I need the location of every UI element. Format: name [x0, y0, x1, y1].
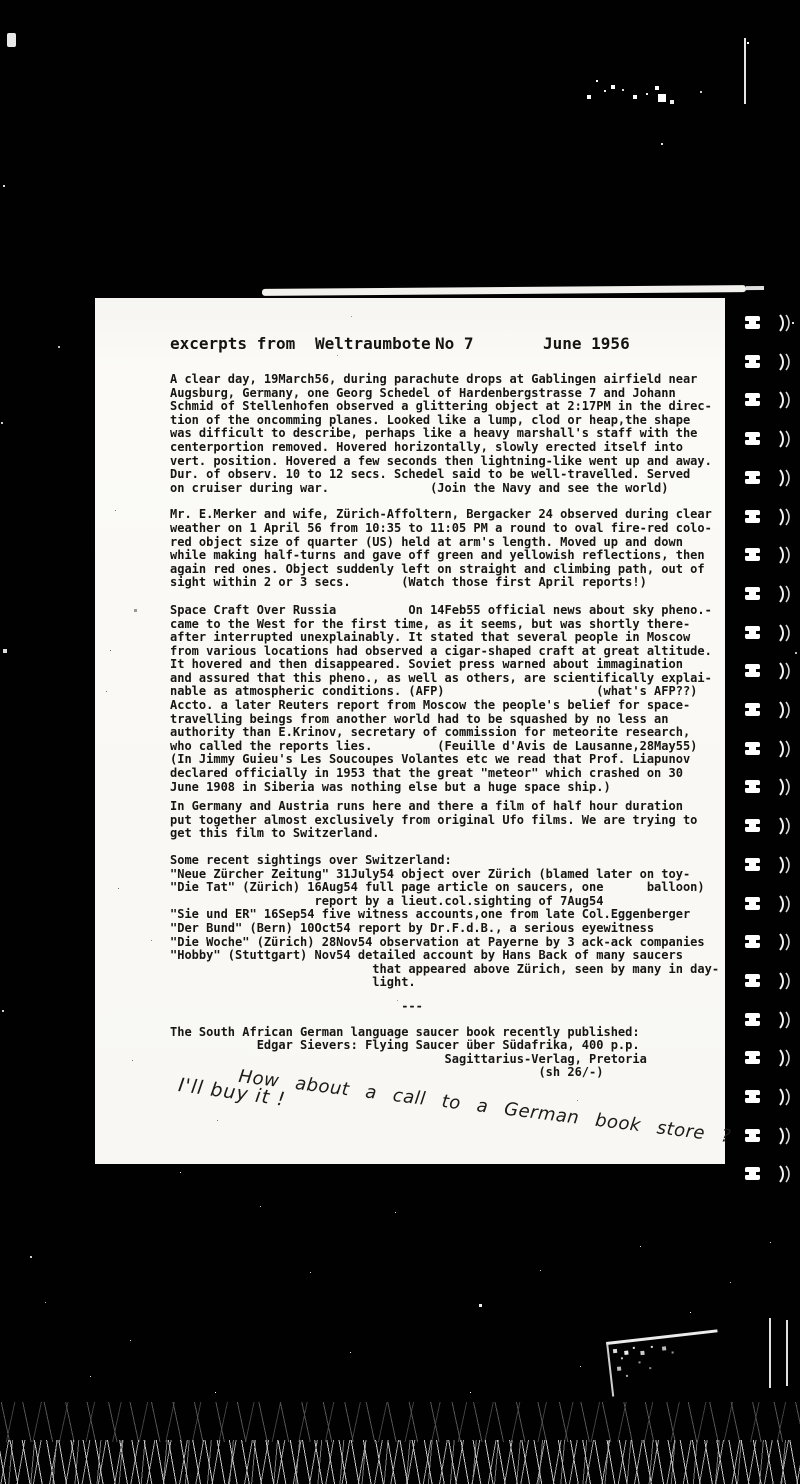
binding-wire-mark: [777, 932, 791, 952]
binding-wire-mark: [777, 661, 791, 681]
binding-hole: [745, 471, 760, 484]
paragraph-ufo-film: In Germany and Austria runs here and the…: [170, 800, 715, 841]
binding-hole: [745, 393, 760, 406]
binding-wire-mark: [777, 390, 791, 410]
binding-hole: [745, 974, 760, 987]
binding-hole: [745, 742, 760, 755]
paragraph-swiss-sightings: Some recent sightings over Switzerland: …: [170, 854, 715, 990]
bottom-scan-artifact: [606, 1329, 724, 1396]
binding-hole: [745, 1013, 760, 1026]
typed-separator: ---: [170, 1000, 715, 1014]
binding-wire-mark: [777, 468, 791, 488]
artifact-speckle: [611, 1346, 613, 1348]
binding-wire-mark: [777, 545, 791, 565]
binding-wire-mark: [777, 816, 791, 836]
paragraph-space-craft-over-russia: Space Craft Over Russia On 14Feb55 offic…: [170, 604, 715, 794]
binding-hole: [745, 1167, 760, 1180]
binding-wire-mark: [777, 971, 791, 991]
paper-noise: [95, 298, 96, 299]
binding-hole: [745, 355, 760, 368]
paragraph-gablingen-sighting: A clear day, 19March56, during parachute…: [170, 373, 715, 495]
scan-background: excerpts from Weltraumbote No 7 June 195…: [0, 0, 800, 1484]
binding-hole: [745, 780, 760, 793]
binding-wire-mark: [777, 1126, 791, 1146]
document-page: excerpts from Weltraumbote No 7 June 195…: [95, 298, 725, 1164]
scan-artifact-mark: [7, 33, 16, 47]
newsletter-title: Weltraumbote: [315, 334, 431, 353]
binding-wire-mark: [777, 855, 791, 875]
binding-hole: [745, 897, 760, 910]
binding-hole: [745, 510, 760, 523]
film-grain-dense: [0, 1440, 800, 1484]
scan-artifact-vline: [786, 1320, 788, 1386]
binding-hole: [745, 703, 760, 716]
scan-artifact-vline: [769, 1318, 771, 1388]
binding-hole: [745, 587, 760, 600]
binding-wire-mark: [777, 313, 791, 333]
scatter-dots: [0, 0, 1, 1]
binding-hole: [745, 1090, 760, 1103]
film-grain-sparse: [0, 1402, 800, 1442]
binding-hole: [745, 548, 760, 561]
binding-wire-mark: [777, 352, 791, 372]
binding-hole: [745, 935, 760, 948]
binding-hole: [745, 664, 760, 677]
scan-artifact-line: [744, 38, 746, 104]
binding-hole: [745, 1129, 760, 1142]
binding-wire-mark: [777, 584, 791, 604]
binding-hole: [745, 858, 760, 871]
binding-wire-mark: [777, 894, 791, 914]
binding-hole: [745, 626, 760, 639]
binding-wire-mark: [777, 623, 791, 643]
binding-wire-mark: [777, 429, 791, 449]
paragraph-merker-sighting: Mr. E.Merker and wife, Zürich-Affoltern,…: [170, 508, 715, 590]
binding-hole: [745, 432, 760, 445]
page-top-edge: [262, 285, 746, 296]
binding-wire-mark: [777, 1164, 791, 1184]
document-header: excerpts from Weltraumbote No 7 June 195…: [95, 334, 725, 354]
binding-wire-mark: [777, 1010, 791, 1030]
binding-hole: [745, 819, 760, 832]
binding-hole: [745, 1051, 760, 1064]
issue-number: No 7: [435, 334, 474, 353]
binding-wire-mark: [777, 1048, 791, 1068]
binding-wire-mark: [777, 1087, 791, 1107]
binding-wire-mark: [777, 507, 791, 527]
header-prefix: excerpts from: [170, 334, 295, 353]
binding-wire-mark: [777, 700, 791, 720]
binding-wire-mark: [777, 777, 791, 797]
typed-body: A clear day, 19March56, during parachute…: [170, 373, 715, 1080]
issue-date: June 1956: [543, 334, 630, 353]
binding-wire-mark: [777, 739, 791, 759]
binding-hole: [745, 316, 760, 329]
